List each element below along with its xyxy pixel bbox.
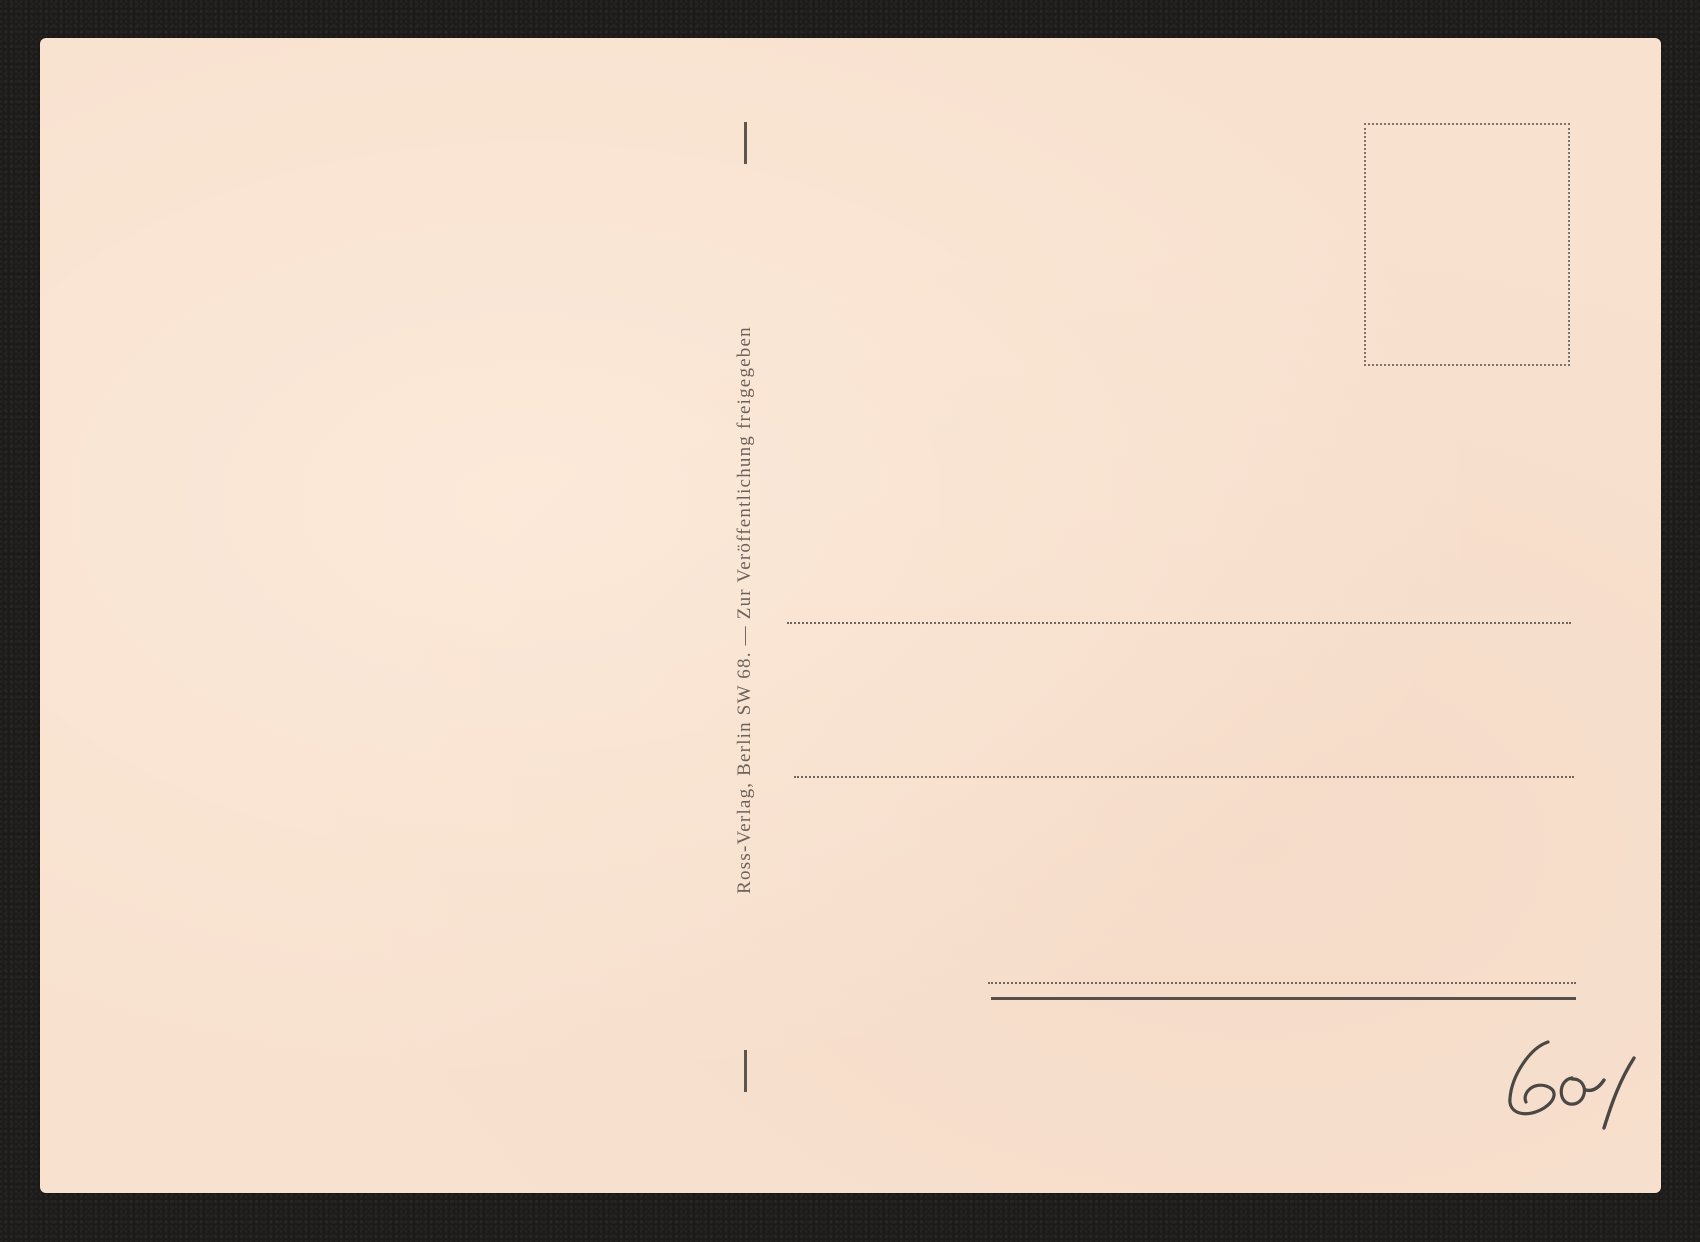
address-line-1 xyxy=(787,622,1571,624)
address-underline xyxy=(991,997,1576,1000)
address-line-3 xyxy=(988,982,1576,984)
divider-dash-top xyxy=(744,122,747,164)
divider-dash-bottom xyxy=(744,1050,747,1092)
handwritten-number-604: 604 xyxy=(1500,1020,1640,1130)
address-line-2 xyxy=(794,776,1574,778)
publisher-imprint: Ross-Verlag, Berlin SW 68. — Zur Veröffe… xyxy=(734,326,756,894)
stamp-box xyxy=(1364,123,1570,366)
